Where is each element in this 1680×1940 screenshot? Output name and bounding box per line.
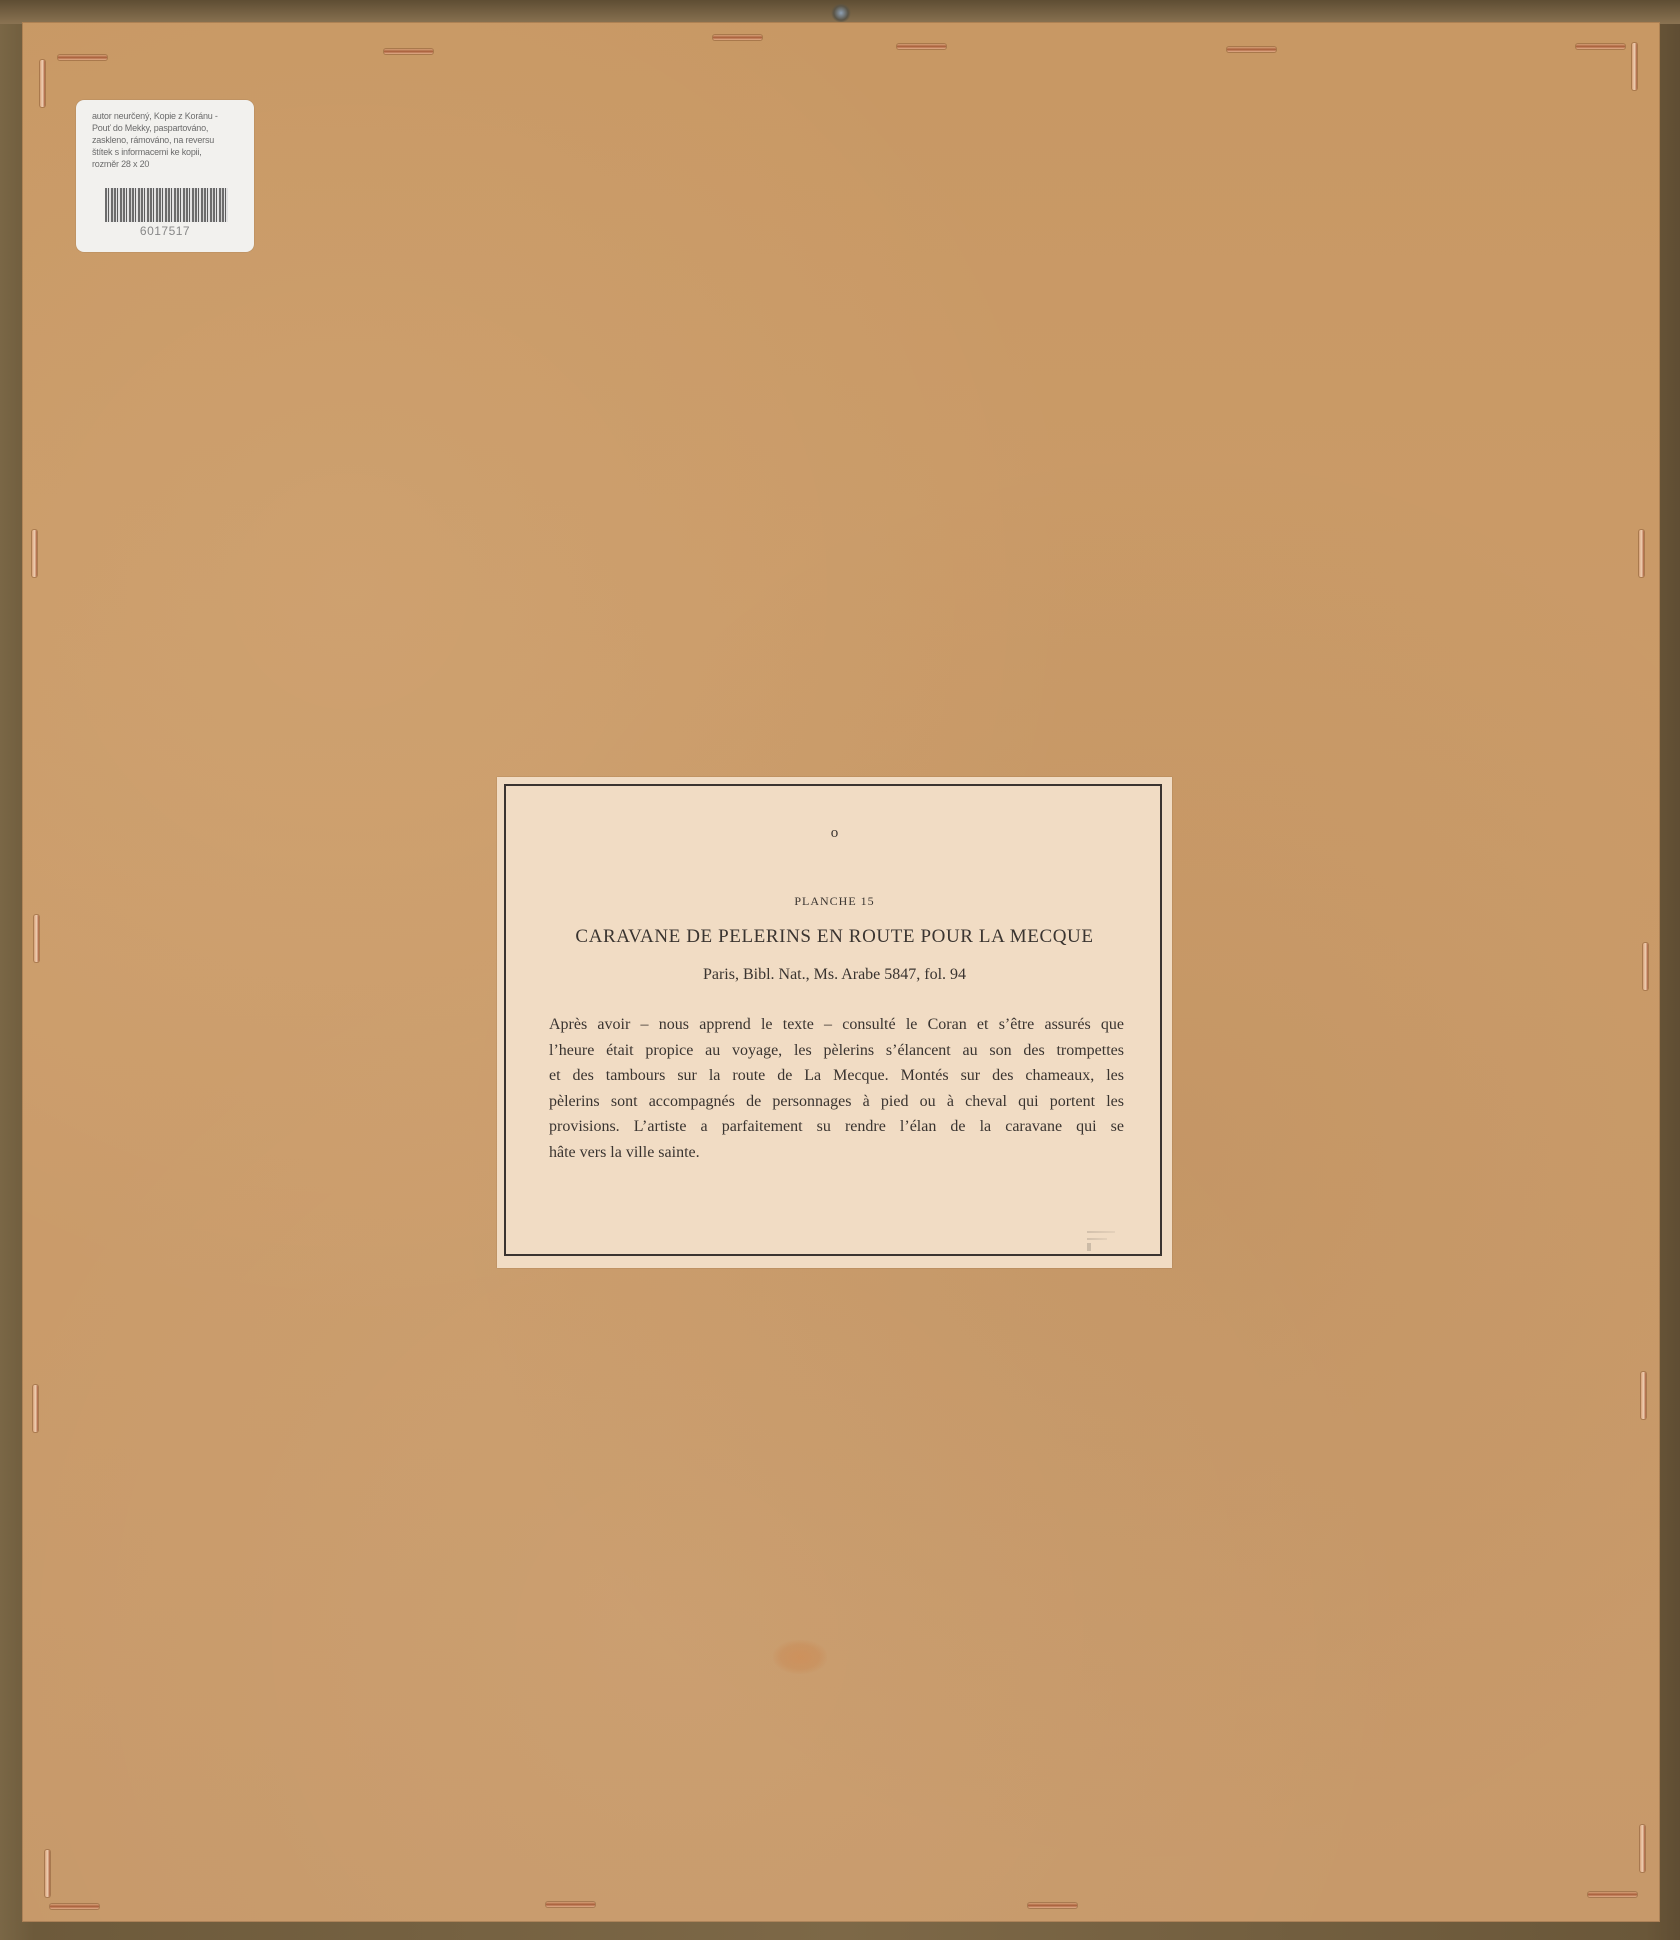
- staple-icon: [33, 1385, 38, 1432]
- staple-icon: [1639, 530, 1644, 577]
- ornament-icon: o: [497, 825, 1172, 842]
- description-line: et des tambours sur la route de La Mecqu…: [549, 1063, 1124, 1089]
- staple-icon: [1640, 1825, 1645, 1872]
- staple-icon: [32, 530, 37, 577]
- barcode-icon: [105, 188, 228, 222]
- staple-icon: [45, 1850, 50, 1897]
- description-line: provisions. L’artiste a parfaitement su …: [549, 1114, 1124, 1140]
- description-line: Après avoir – nous apprend le texte – co…: [549, 1012, 1124, 1038]
- pencil-mark: [1087, 1229, 1117, 1253]
- label-line: zaskleno, rámováno, na reversu: [92, 134, 252, 146]
- staple-icon: [1641, 1372, 1646, 1419]
- label-line: Pouť do Mekky, paspartováno,: [92, 122, 252, 134]
- card-title: CARAVANE DE PELERINS EN ROUTE POUR LA ME…: [497, 926, 1172, 948]
- staple-icon: [713, 35, 762, 40]
- staple-icon: [384, 49, 433, 54]
- staple-icon: [1028, 1903, 1077, 1908]
- staple-icon: [897, 44, 946, 49]
- inventory-label-text: autor neurčený, Kopie z Koránu - Pouť do…: [92, 110, 252, 170]
- staple-icon: [58, 55, 107, 60]
- inventory-label: autor neurčený, Kopie z Koránu - Pouť do…: [76, 100, 254, 252]
- staple-icon: [50, 1904, 99, 1909]
- staple-icon: [1632, 43, 1637, 90]
- staple-icon: [1227, 47, 1276, 52]
- staple-icon: [546, 1902, 595, 1907]
- card-source: Paris, Bibl. Nat., Ms. Arabe 5847, fol. …: [497, 966, 1172, 984]
- staple-icon: [34, 915, 39, 962]
- staple-icon: [1643, 943, 1648, 990]
- staple-icon: [1576, 44, 1625, 49]
- stain-mark: [773, 1640, 827, 1674]
- description-line: hâte vers la ville sainte.: [549, 1140, 1124, 1166]
- staple-icon: [40, 60, 45, 107]
- card-description: Après avoir – nous apprend le texte – co…: [549, 1012, 1124, 1165]
- staple-icon: [1588, 1892, 1637, 1897]
- description-line: l’heure était propice au voyage, les pèl…: [549, 1038, 1124, 1064]
- description-line: pèlerins sont accompagnés de personnages…: [549, 1089, 1124, 1115]
- hanger-nail-icon: [830, 4, 852, 22]
- label-line: rozměr 28 x 20: [92, 158, 252, 170]
- plate-number: PLANCHE 15: [497, 894, 1172, 909]
- info-card: o PLANCHE 15 CARAVANE DE PELERINS EN ROU…: [497, 777, 1172, 1268]
- label-line: autor neurčený, Kopie z Koránu -: [92, 110, 252, 122]
- label-line: štítek s informacemi ke kopii,: [92, 146, 252, 158]
- barcode-number: 6017517: [76, 224, 254, 238]
